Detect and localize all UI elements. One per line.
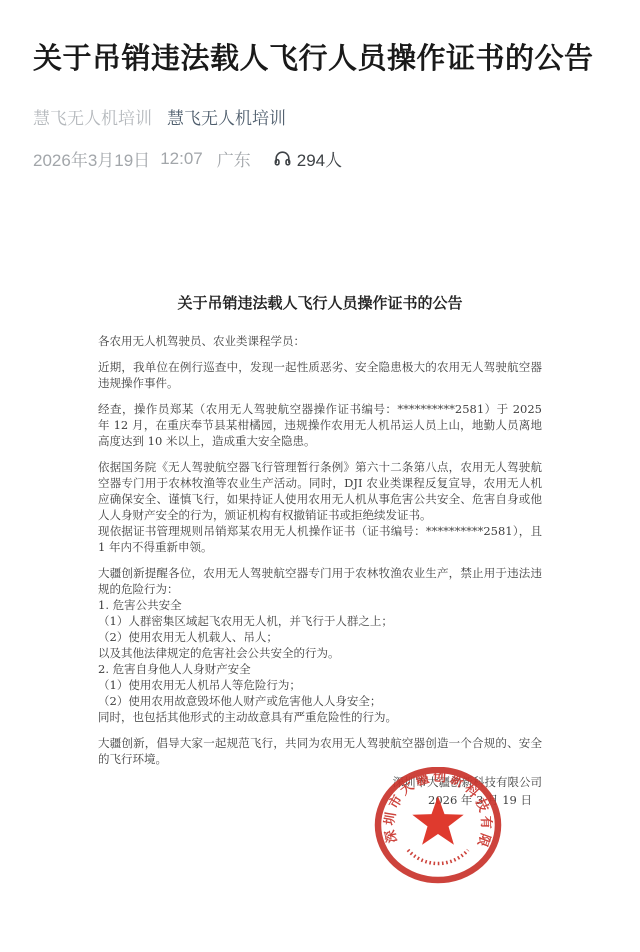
paragraph: 大疆创新，倡导大家一起规范飞行，共同为农用无人驾驶航空器创造一个合规的、安全的飞… (98, 735, 542, 767)
company-seal-stamp: 深圳市大疆创新科技有限公司 (372, 767, 504, 887)
list-item: （2）使用农用无人机载人、吊人； (98, 629, 542, 645)
listen-count: 294人 (297, 146, 342, 171)
document-image[interactable]: 关于吊销违法载人飞行人员操作证书的公告 各农用无人机驾驶员、农业类课程学员： 近… (98, 293, 542, 893)
stamp-serial-marks (408, 850, 468, 864)
paragraph: 经查，操作员郑某（农用无人驾驶航空器操作证书编号：**********2581）… (98, 401, 542, 449)
list-item: 1. 危害公共安全 (98, 597, 542, 613)
headphones-icon (273, 149, 292, 168)
publish-location: 广东 (217, 146, 251, 171)
list-item: 2. 危害自身他人人身财产安全 (98, 661, 542, 677)
paragraph-text: 近期，我单位在例行巡查中，发现一起性质恶劣、安全隐患极大的农用无人驾驶航空器违规… (98, 359, 542, 391)
list-item: 以及其他法律规定的危害社会公共安全的行为。 (98, 645, 542, 661)
list-item: （2）使用农用故意毁坏他人财产或危害他人人身安全； (98, 693, 542, 709)
stamp-star-icon (412, 796, 463, 845)
publish-date: 2026年3月19日 (33, 146, 150, 171)
document-title: 关于吊销违法载人飞行人员操作证书的公告 (98, 293, 542, 313)
paragraph-text: 依据国务院《无人驾驶航空器飞行管理暂行条例》第六十二条第八点，农用无人驾驶航空器… (98, 459, 542, 523)
author-name[interactable]: 慧飞无人机培训 (33, 104, 152, 129)
paragraph-text: 现依据证书管理规则吊销郑某农用无人机操作证书（证书编号：**********25… (98, 523, 542, 555)
article-title: 关于吊销违法载人飞行人员操作证书的公告 (33, 38, 607, 80)
paragraph-text: 大疆创新提醒各位，农用无人驾驶航空器专门用于农林牧渔农业生产，禁止用于违法违规的… (98, 565, 542, 597)
list-item: （1）使用农用无人机吊人等危险行为； (98, 677, 542, 693)
paragraph-text: 大疆创新，倡导大家一起规范飞行，共同为农用无人驾驶航空器创造一个合规的、安全的飞… (98, 735, 542, 767)
article-header: 关于吊销违法载人飞行人员操作证书的公告 慧飞无人机培训 慧飞无人机培训 2026… (0, 0, 640, 171)
account-name-link[interactable]: 慧飞无人机培训 (167, 104, 286, 129)
rules-section: 大疆创新提醒各位，农用无人驾驶航空器专门用于农林牧渔农业生产，禁止用于违法违规的… (98, 565, 542, 725)
paragraph-group: 依据国务院《无人驾驶航空器飞行管理暂行条例》第六十二条第八点，农用无人驾驶航空器… (98, 459, 542, 555)
meta-row: 2026年3月19日 12:07 广东 294人 (33, 146, 607, 171)
publish-time: 12:07 (160, 149, 203, 169)
list-item: （1）人群密集区域起飞农用无人机，并飞行于人群之上； (98, 613, 542, 629)
paragraph-text: 经查，操作员郑某（农用无人驾驶航空器操作证书编号：**********2581）… (98, 401, 542, 449)
paragraph: 近期，我单位在例行巡查中，发现一起性质恶劣、安全隐患极大的农用无人驾驶航空器违规… (98, 359, 542, 391)
list-item: 同时，也包括其他形式的主动故意具有严重危险性的行为。 (98, 709, 542, 725)
byline: 慧飞无人机培训 慧飞无人机培训 (33, 104, 607, 129)
document-salutation: 各农用无人机驾驶员、农业类课程学员： (98, 333, 542, 349)
listen-counter[interactable]: 294人 (273, 146, 342, 171)
